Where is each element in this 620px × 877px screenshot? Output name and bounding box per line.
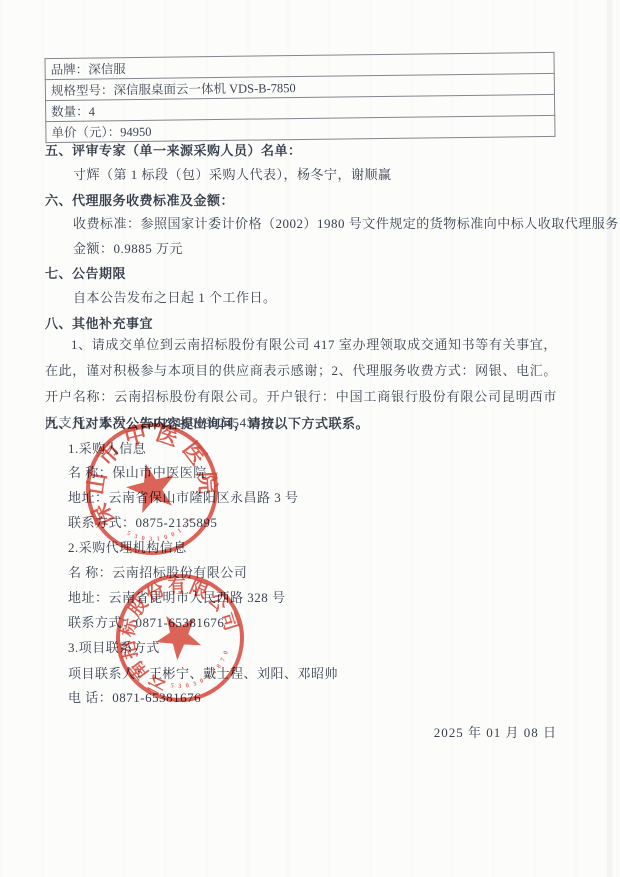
section6-heading: 六、代理服务收费标准及金额： bbox=[45, 190, 234, 209]
scanned-document-page: 品牌：深信服 规格型号：深信服桌面云一体机 VDS-B-7850 数量：4 单价… bbox=[0, 0, 620, 877]
brand-label: 品牌： bbox=[51, 63, 89, 77]
unit-price-value: 94950 bbox=[120, 125, 151, 139]
section6-fee-amount: 金额：0.9885 万元 bbox=[73, 238, 183, 257]
seal-star-icon bbox=[147, 604, 209, 665]
section8-heading: 八、其他补充事宜 bbox=[45, 313, 153, 332]
unit-price-label: 单价（元）： bbox=[51, 125, 120, 140]
model-label: 规格型号： bbox=[51, 83, 114, 98]
model-value: 深信服桌面云一体机 VDS-B-7850 bbox=[113, 81, 295, 97]
section5-experts: 寸辉（第 1 标段（包）采购人代表），杨冬宁，谢顺赢 bbox=[73, 164, 392, 183]
announcement-date: 2025 年 01 月 08 日 bbox=[45, 722, 557, 741]
product-spec-table: 品牌：深信服 规格型号：深信服桌面云一体机 VDS-B-7850 数量：4 单价… bbox=[44, 52, 555, 143]
seal-star-icon bbox=[122, 458, 181, 516]
quantity-label: 数量： bbox=[51, 105, 89, 119]
section5-heading: 五、评审专家（单一来源采购人员）名单： bbox=[45, 140, 302, 159]
quantity-value: 4 bbox=[89, 105, 95, 119]
brand-value: 深信服 bbox=[88, 62, 126, 76]
section7-heading: 七、公告期限 bbox=[45, 263, 126, 282]
section7-period: 自本公告发布之日起 1 个工作日。 bbox=[73, 287, 277, 306]
section6-fee-standard: 收费标准：参照国家计委计价格（2002）1980 号文件规定的货物标准向中标人收… bbox=[73, 213, 620, 232]
